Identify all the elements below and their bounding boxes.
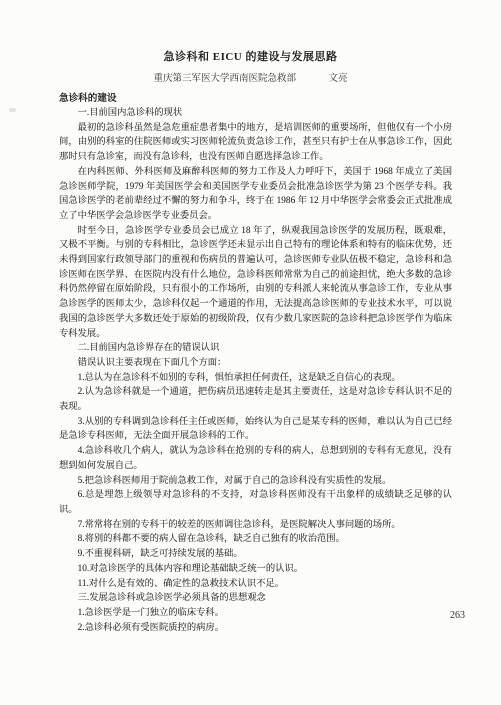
list-item: 5.把急诊科医师用于院前急救工作，对属于自己的急诊科没有实质性的发展。 bbox=[59, 474, 452, 489]
page-number: 263 bbox=[450, 610, 465, 621]
document-body: 一.目前国内急诊科的现状 最初的急诊科虽然是急危重症患者集中的地方，是培训医师的… bbox=[59, 106, 452, 635]
list-item: 10.对急诊医学的具体内容和理论基础缺乏统一的认识。 bbox=[59, 562, 452, 577]
list-item: 1.总认为在急诊科不如别的专科，惧怕承担任何责任，这是缺乏自信心的表现。 bbox=[59, 371, 452, 386]
subheading-2: 二.目前国内急诊界存在的错误认识 bbox=[59, 341, 452, 356]
scan-artifact bbox=[9, 108, 16, 112]
list-item: 3.从别的专科调到急诊科任主任或医师，始终认为自己是某专科的医师，难以认为自己已… bbox=[59, 415, 452, 444]
byline-affiliation: 重庆第三军医大学西南医院急救部 bbox=[154, 74, 297, 84]
list-item: 4.急诊科收几个病人，就认为急诊科在抢别的专科的病人，总想到别的专科有无意见，没… bbox=[59, 444, 452, 473]
list-item: 2.急诊科必须有受医院质控的病房。 bbox=[59, 621, 452, 636]
list-item: 1.急诊医学是一门独立的临床专科。 bbox=[59, 606, 452, 621]
document-page: 急诊科和 EICU 的建设与发展思路 重庆第三军医大学西南医院急救部 文亮 急诊… bbox=[0, 0, 501, 705]
paragraph: 在内科医师、外科医师及麻醉科医师的努力工作及人力呼吁下，美国于 1968 年成立… bbox=[59, 165, 452, 224]
list-item: 11.对什么是有效的、确定性的急救技术认识不足。 bbox=[59, 577, 452, 592]
section-heading: 急诊科的建设 bbox=[59, 90, 117, 104]
document-title: 急诊科和 EICU 的建设与发展思路 bbox=[0, 48, 501, 64]
byline-author: 文亮 bbox=[328, 74, 347, 84]
document-byline: 重庆第三军医大学西南医院急救部 文亮 bbox=[0, 70, 501, 84]
paragraph: 时至今日，急诊医学专业委员会已成立 18 年了，纵观我国急诊医学的发展历程，既艰… bbox=[59, 224, 452, 342]
list-item: 7.常常将在别的专科干的较差的医师调往急诊科，是医院解决人事问题的场所。 bbox=[59, 518, 452, 533]
list-item: 6.总是埋怨上级领导对急诊科的不支持，对急诊科医师没有干出象样的成绩缺乏足够的认… bbox=[59, 488, 452, 517]
list-item: 9.不重视科研，缺乏可持续发展的基础。 bbox=[59, 547, 452, 562]
paragraph: 最初的急诊科虽然是急危重症患者集中的地方，是培训医师的重要场所，但他仅有一个小房… bbox=[59, 121, 452, 165]
subheading-1: 一.目前国内急诊科的现状 bbox=[59, 106, 452, 121]
list-item: 2.认为急诊科就是一个通道，把伤病员迅速转走是其主要责任，这是对急诊专科认识不足… bbox=[59, 385, 452, 414]
list-intro: 错误认识主要表现在下面几个方面： bbox=[59, 356, 452, 371]
list-item: 8.将别的科都不要的病人留在急诊科，缺乏自己独有的收治范围。 bbox=[59, 532, 452, 547]
subheading-3: 三.发展急诊科或急诊医学必须具备的思想观念 bbox=[59, 591, 452, 606]
